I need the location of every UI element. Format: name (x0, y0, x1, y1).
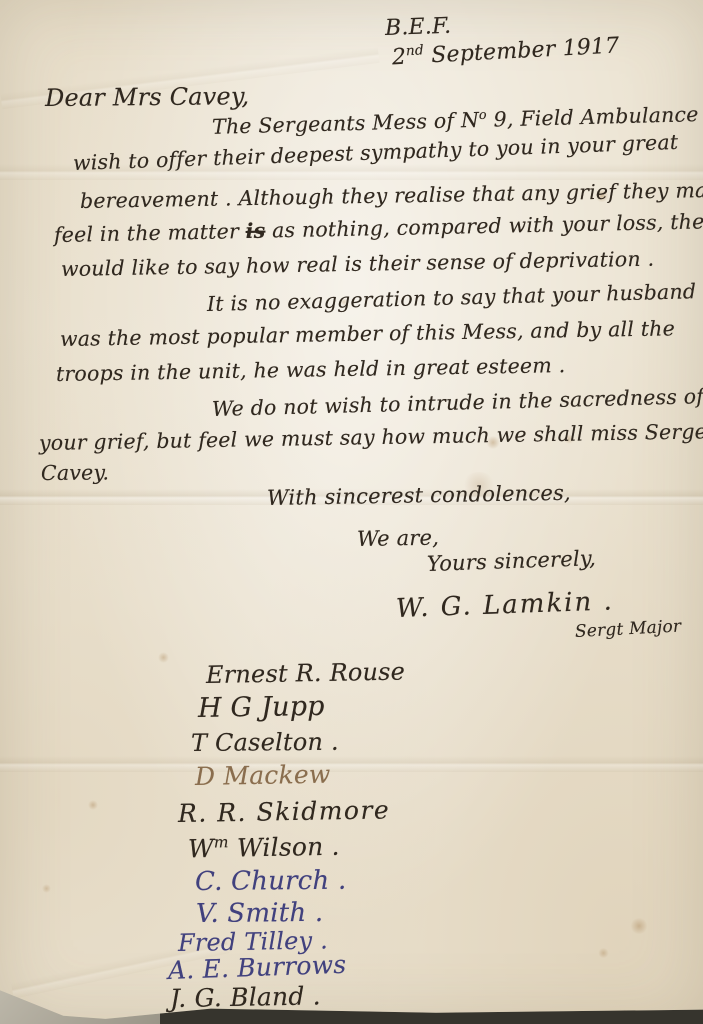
para1-line4: feel in the matter is as nothing, compar… (54, 209, 703, 247)
stain-spot (598, 948, 609, 958)
unit-heading: B.E.F. (385, 14, 452, 41)
signatory-name-part: Wilson . (229, 832, 340, 863)
signatory-name: Ernest R. Rouse (206, 658, 406, 689)
para2-line3: troops in the unit, he was held in great… (56, 353, 566, 386)
signatory-name-superscript: m (214, 833, 229, 851)
para3-line3: Cavey. (41, 460, 109, 485)
signatory-name: C. Church . (195, 866, 347, 897)
signatory-name: R. R. Skidmore (178, 795, 391, 828)
date-ordinal: nd (405, 42, 424, 59)
para2-line2: was the most popular member of this Mess… (60, 316, 675, 351)
stain-spot (88, 800, 98, 810)
para3-line1: We do not wish to intrude in the sacredn… (212, 384, 703, 421)
signatory-name: V. Smith . (196, 898, 324, 929)
para1-line3: bereavement . Although they realise that… (80, 178, 703, 213)
signatory-name: A. E. Burrows (167, 950, 346, 985)
struck-out-word: is (245, 219, 265, 243)
stain-spot (158, 652, 169, 663)
letter-paper: B.E.F. 2nd September 1917 Dear Mrs Cavey… (0, 0, 703, 1024)
para3-line2: your grief, but feel we must say how muc… (39, 419, 703, 455)
closing-condolences: With sincerest condolences, (267, 481, 571, 510)
date-rest: September 1917 (423, 33, 620, 68)
date-day: 2 (391, 45, 406, 71)
signatory-name: D Mackew (195, 760, 331, 791)
signatory-name: Wm Wilson . (188, 831, 340, 863)
para1-line2: wish to offer their deepest sympathy to … (73, 130, 679, 175)
para1-line4-post: as nothing, compared with your loss, the… (265, 209, 703, 242)
signatory-name: T Caselton . (191, 728, 339, 757)
closing-yours-sincerely: Yours sincerely, (427, 546, 597, 576)
scanned-letter: B.E.F. 2nd September 1917 Dear Mrs Cavey… (0, 0, 703, 1024)
stain-spot (42, 884, 51, 893)
para2-line1: It is no exaggeration to say that your h… (207, 279, 697, 316)
para1-line1-pre: The Sergeants Mess of N (212, 108, 480, 139)
signatory-name-part: W (188, 834, 214, 863)
para1-line5: would like to say how real is their sens… (61, 247, 655, 281)
salutation: Dear Mrs Cavey, (45, 82, 250, 112)
fold-crease (0, 756, 703, 772)
closing-we-are: We are, (357, 526, 439, 551)
signature-name: W. G. Lamkin . (395, 586, 614, 624)
signatory-name: H G Jupp (198, 691, 325, 724)
stain-spot (630, 918, 648, 934)
para1-line4-pre: feel in the matter (54, 219, 246, 247)
para1-line1-post: 9, Field Ambulance would (487, 100, 703, 131)
signature-rank: Sergt Major (574, 616, 681, 642)
signatory-name: J. G. Bland . (170, 981, 321, 1013)
